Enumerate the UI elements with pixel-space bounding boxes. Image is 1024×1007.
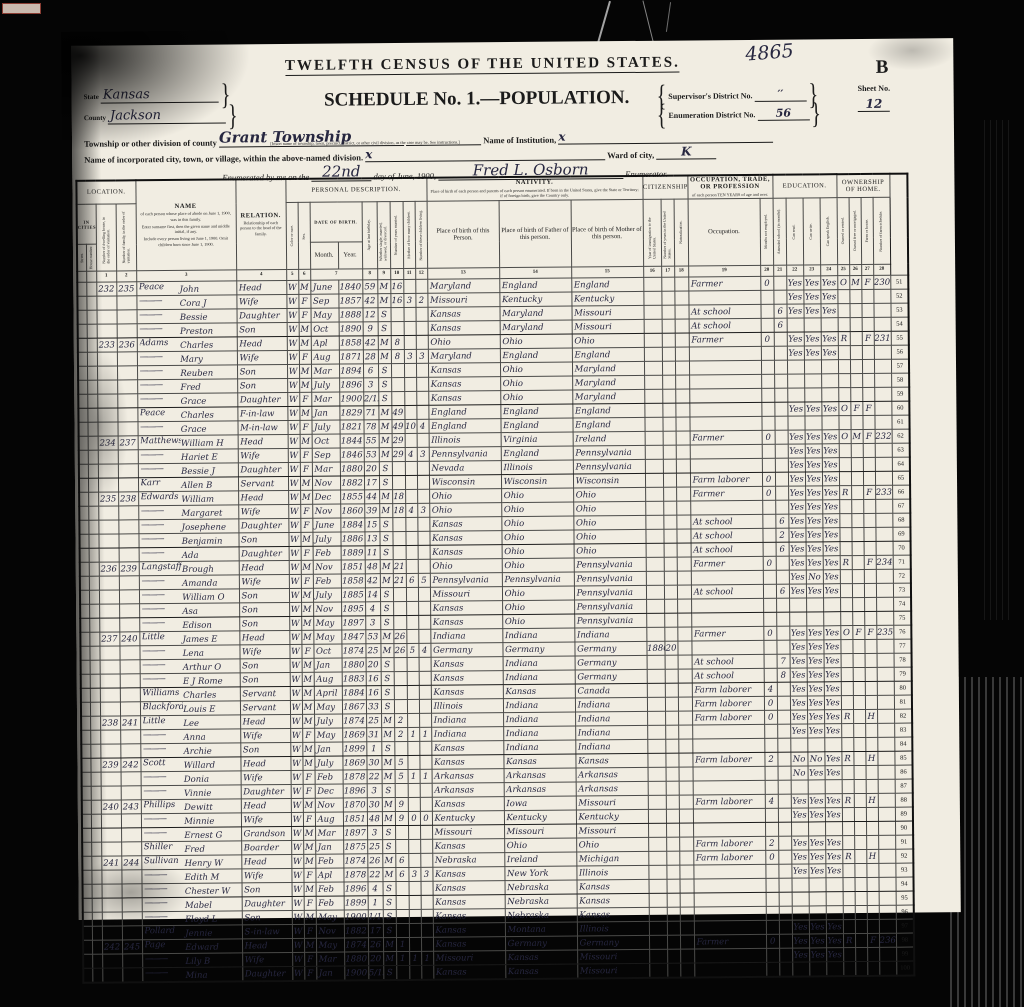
cell-mother-of-children: 4 bbox=[405, 503, 417, 517]
speak-english-header: Can speak English. bbox=[820, 198, 838, 265]
cell-relation: Wife bbox=[242, 952, 292, 966]
cell-years-married: 21 bbox=[393, 559, 406, 573]
cell-house-number bbox=[87, 380, 97, 394]
cell-speak-english: Yes bbox=[824, 653, 841, 667]
cell-birthplace-mother: Ohio bbox=[573, 515, 645, 530]
cell-farm-or-house: F bbox=[863, 429, 875, 443]
cell-birthplace-self: Maryland bbox=[427, 278, 499, 293]
cell-years-married bbox=[393, 615, 406, 629]
cell-children-living bbox=[421, 937, 433, 951]
cell-attended-school bbox=[777, 696, 790, 710]
cell-children-living: 3 bbox=[417, 447, 429, 461]
cell-farm-schedule bbox=[878, 821, 895, 835]
cell-age: 1 bbox=[368, 895, 383, 909]
column-number: 9 bbox=[377, 268, 390, 279]
cell-birthplace-mother: Maryland bbox=[572, 389, 644, 404]
cell-age: 78 bbox=[363, 419, 378, 433]
row-line-number: 53 bbox=[891, 303, 909, 317]
cell-marital-status: M bbox=[378, 349, 391, 363]
cell-years-married: 29 bbox=[392, 447, 405, 461]
cell-home-mortgaged bbox=[854, 779, 866, 793]
cell-occupation: Farmer bbox=[690, 430, 762, 445]
cell-dwelling-number bbox=[102, 954, 122, 968]
cell-birthplace-self: Kansas bbox=[431, 656, 503, 671]
cell-marital-status: S bbox=[382, 783, 395, 797]
cell-color: W bbox=[290, 700, 302, 714]
cell-birth-month: Mar bbox=[316, 952, 344, 966]
cell-marital-status: S bbox=[383, 909, 396, 923]
cell-relation: Son bbox=[240, 658, 290, 672]
cell-birthplace-self: Missouri bbox=[433, 950, 505, 965]
cell-farm-schedule bbox=[877, 723, 894, 737]
cell-birth-year: 1874 bbox=[344, 938, 368, 952]
cell-birthplace-father: Kentucky bbox=[504, 810, 576, 825]
cell-speak-english: Yes bbox=[823, 541, 840, 555]
cell-birth-year: 1840 bbox=[338, 280, 362, 294]
cell-years-in-us bbox=[665, 655, 678, 669]
cell-immigration-year bbox=[644, 361, 662, 375]
cell-family-number bbox=[120, 730, 140, 744]
cell-house-number bbox=[87, 324, 97, 338]
cell-occupation: Farm laborer bbox=[693, 836, 765, 851]
cell-farm-schedule bbox=[878, 793, 895, 807]
cell-marital-status: S bbox=[383, 965, 396, 980]
cell-birth-month: Dec bbox=[312, 490, 340, 504]
cell-can-read: Yes bbox=[787, 402, 804, 416]
cell-can-write: Yes bbox=[803, 276, 820, 290]
cell-months-unemployed bbox=[762, 458, 775, 472]
cell-relation: Head bbox=[239, 560, 289, 574]
cell-speak-english: Yes bbox=[823, 569, 840, 583]
cell-birthplace-father: England bbox=[499, 278, 571, 293]
cell-home-mortgaged bbox=[853, 751, 865, 765]
cell-years-married bbox=[394, 685, 407, 699]
cell-birthplace-mother: Missouri bbox=[576, 795, 648, 810]
cell-dwelling-number bbox=[100, 674, 120, 688]
cell-name: ———Floyd L bbox=[142, 911, 242, 926]
cell-birth-month: Apl bbox=[315, 868, 343, 882]
cell-family-number: 240 bbox=[119, 632, 139, 646]
cell-mother-of-children bbox=[407, 755, 419, 769]
cell-occupation bbox=[692, 738, 764, 753]
cell-farm-schedule bbox=[874, 317, 891, 331]
cell-sex: F bbox=[299, 392, 311, 406]
cell-years-married: 49 bbox=[391, 405, 404, 419]
cell-marital-status: M bbox=[380, 643, 393, 657]
cell-birthplace-mother: Kentucky bbox=[571, 291, 643, 306]
cell-months-unemployed: 2 bbox=[764, 752, 777, 766]
cell-occupation: Farmer bbox=[694, 934, 766, 949]
column-number: 13 bbox=[427, 267, 499, 279]
cell-birthplace-father: New York bbox=[504, 866, 576, 881]
cell-house-number bbox=[88, 450, 98, 464]
cell-farm-or-house bbox=[867, 905, 879, 919]
cell-relation: Boarder bbox=[241, 840, 291, 854]
cell-home-mortgaged bbox=[852, 569, 864, 583]
row-line-number: 51 bbox=[890, 275, 908, 289]
cell-birth-year: 1884 bbox=[340, 518, 364, 532]
cell-occupation bbox=[693, 864, 765, 879]
cell-home-mortgaged bbox=[852, 597, 864, 611]
cell-speak-english: Yes bbox=[823, 625, 840, 639]
cell-home-owned bbox=[842, 835, 854, 849]
cell-relation: Daughter bbox=[242, 966, 292, 981]
cell-marital-status: M bbox=[378, 405, 391, 419]
cell-naturalization bbox=[680, 921, 694, 935]
cell-speak-english: Yes bbox=[825, 863, 842, 877]
cell-occupation: Farm laborer bbox=[692, 696, 764, 711]
cell-color: W bbox=[288, 476, 300, 490]
cell-sex: M bbox=[304, 882, 316, 896]
cell-dwelling-number bbox=[97, 394, 117, 408]
column-number: 8 bbox=[362, 268, 377, 279]
cell-age: 42 bbox=[363, 335, 378, 349]
cell-relation: Head bbox=[239, 630, 289, 644]
cell-marital-status: S bbox=[381, 685, 394, 699]
cell-age: 11 bbox=[365, 545, 380, 559]
cell-years-in-us bbox=[667, 907, 680, 921]
cell-home-owned bbox=[841, 667, 853, 681]
cell-family-number bbox=[117, 310, 137, 324]
cell-attended-school bbox=[777, 640, 790, 654]
cell-dwelling-number bbox=[96, 296, 116, 310]
cell-house-number bbox=[90, 688, 100, 702]
cell-birthplace-mother: Arkansas bbox=[576, 767, 648, 782]
cell-attended-school bbox=[774, 346, 787, 360]
cell-age: 4 bbox=[368, 881, 383, 895]
cell-house-number bbox=[89, 576, 99, 590]
cell-color: W bbox=[287, 364, 299, 378]
cell-name: ———Chester W bbox=[142, 883, 242, 898]
cell-street bbox=[83, 968, 92, 983]
cell-age: 59 bbox=[362, 279, 377, 293]
cell-birthplace-mother: Kansas bbox=[577, 879, 649, 894]
cell-farm-schedule bbox=[874, 359, 891, 373]
cell-birthplace-mother: Ohio bbox=[574, 543, 646, 558]
cell-birthplace-self: Kansas bbox=[428, 306, 500, 321]
cell-house-number bbox=[90, 730, 100, 744]
cell-sex: M bbox=[298, 280, 310, 294]
cell-marital-status: S bbox=[381, 657, 394, 671]
dob-header: DATE OF BIRTH. bbox=[310, 202, 362, 242]
cell-farm-or-house bbox=[865, 667, 877, 681]
cell-attended-school bbox=[779, 920, 792, 934]
cell-birth-month: Feb bbox=[316, 896, 344, 910]
cell-home-owned bbox=[841, 695, 853, 709]
cell-color: W bbox=[288, 518, 300, 532]
cell-speak-english: Yes bbox=[823, 583, 840, 597]
cell-can-write: Yes bbox=[805, 486, 822, 500]
cell-home-owned: R bbox=[838, 331, 850, 345]
cell-attended-school bbox=[779, 878, 792, 892]
cell-children-living bbox=[417, 531, 429, 545]
cell-name: SullivanHenry W bbox=[141, 855, 241, 870]
cell-birthplace-mother: England bbox=[572, 403, 644, 418]
cell-street bbox=[78, 352, 87, 366]
cell-naturalization bbox=[679, 767, 693, 781]
cell-age: 30 bbox=[367, 797, 382, 811]
cell-farm-schedule: 230 bbox=[873, 275, 890, 289]
cell-attended-school bbox=[776, 556, 789, 570]
row-line-number: 83 bbox=[894, 723, 912, 737]
cell-occupation bbox=[694, 878, 766, 893]
cell-attended-school: 6 bbox=[774, 318, 787, 332]
cell-birthplace-self: Kansas bbox=[431, 670, 503, 685]
cell-name: ———Mina bbox=[142, 967, 242, 982]
cell-years-in-us bbox=[665, 683, 678, 697]
cell-home-mortgaged bbox=[853, 723, 865, 737]
cell-birth-month: July bbox=[311, 378, 339, 392]
cell-house-number bbox=[91, 870, 101, 884]
cell-dwelling-number bbox=[97, 310, 117, 324]
cell-home-owned: R bbox=[842, 849, 854, 863]
cell-age: 20 bbox=[366, 657, 381, 671]
cell-can-write bbox=[808, 822, 825, 836]
cell-birthplace-self: Indiana bbox=[431, 712, 503, 727]
cell-naturalization bbox=[676, 417, 690, 431]
cell-can-read: Yes bbox=[791, 794, 808, 808]
cell-name: ———Donia bbox=[141, 771, 241, 786]
cell-birthplace-self: Missouri bbox=[427, 292, 499, 307]
cell-birthplace-mother: England bbox=[572, 347, 644, 362]
cell-birthplace-mother: Germany bbox=[577, 935, 649, 950]
cell-sex: M bbox=[302, 686, 314, 700]
population-schedule-table: LOCATION. NAME of each person whose plac… bbox=[75, 173, 915, 984]
row-line-number: 69 bbox=[893, 527, 911, 541]
cell-attended-school bbox=[779, 892, 792, 906]
cell-name: ———Hariet E bbox=[138, 449, 238, 464]
sheet-number: Sheet No. 12 bbox=[858, 84, 891, 112]
cell-birthplace-father: Montana bbox=[505, 922, 577, 937]
cell-naturalization bbox=[679, 823, 693, 837]
row-line-number: 91 bbox=[895, 835, 913, 849]
cell-home-mortgaged bbox=[853, 653, 865, 667]
cell-months-unemployed: 0 bbox=[763, 556, 776, 570]
cell-children-living bbox=[419, 671, 431, 685]
cell-name: ———Minnie bbox=[141, 813, 241, 828]
cell-speak-english bbox=[824, 737, 841, 751]
cell-can-read: Yes bbox=[789, 626, 806, 640]
cell-birthplace-father: Kansas bbox=[503, 754, 575, 769]
cell-color: W bbox=[291, 854, 303, 868]
cell-immigration-year bbox=[647, 725, 665, 739]
cell-dwelling-number bbox=[98, 450, 118, 464]
cell-can-write: Yes bbox=[808, 766, 825, 780]
cell-sex: M bbox=[304, 910, 316, 924]
cell-home-owned bbox=[843, 947, 855, 961]
cell-mother-of-children bbox=[405, 461, 417, 475]
cell-naturalization bbox=[679, 809, 693, 823]
cell-dwelling-number: 235 bbox=[98, 492, 118, 506]
cell-name: PollardJennie bbox=[142, 925, 242, 940]
cell-age: 5/12 bbox=[368, 965, 383, 980]
cell-home-owned bbox=[837, 289, 849, 303]
cell-dwelling-number bbox=[102, 912, 122, 926]
cell-farm-schedule bbox=[875, 443, 892, 457]
row-line-number: 73 bbox=[893, 583, 911, 597]
cell-home-owned bbox=[839, 415, 851, 429]
cell-occupation: At school bbox=[690, 514, 762, 529]
cell-mother-of-children bbox=[408, 797, 420, 811]
cell-immigration-year bbox=[644, 403, 662, 417]
cell-sex: M bbox=[299, 336, 311, 350]
cell-color: W bbox=[287, 406, 299, 420]
cell-dwelling-number bbox=[97, 352, 117, 366]
location-group-header: LOCATION. bbox=[76, 180, 135, 204]
house-number-header: House number. bbox=[86, 244, 96, 271]
cell-sex: M bbox=[304, 938, 316, 952]
cell-dwelling-number bbox=[101, 814, 121, 828]
cell-immigration-year bbox=[646, 529, 664, 543]
cell-farm-or-house bbox=[863, 471, 875, 485]
cell-naturalization bbox=[674, 291, 688, 305]
cell-immigration-year: 1880 bbox=[646, 641, 664, 655]
cell-birth-year: 1875 bbox=[343, 840, 367, 854]
cell-birthplace-father: Kansas bbox=[503, 684, 575, 699]
cell-can-write: Yes bbox=[806, 528, 823, 542]
cell-attended-school bbox=[779, 906, 792, 920]
county-line: County Jackson } bbox=[84, 105, 238, 129]
cell-farm-schedule bbox=[876, 541, 893, 555]
cell-birthplace-father: Virginia bbox=[501, 432, 573, 447]
cell-street bbox=[79, 520, 88, 534]
cell-years-in-us: 20 bbox=[664, 641, 677, 655]
cell-dwelling-number bbox=[101, 870, 121, 884]
row-line-number: 89 bbox=[895, 807, 913, 821]
cell-years-married: 49 bbox=[391, 419, 404, 433]
cell-birthplace-father: Arkansas bbox=[504, 768, 576, 783]
cell-farm-schedule: 234 bbox=[876, 555, 893, 569]
cell-birthplace-mother: Ireland bbox=[573, 431, 645, 446]
column-number: 17 bbox=[661, 266, 674, 277]
cell-children-living bbox=[417, 461, 429, 475]
cell-age: 12 bbox=[362, 307, 377, 321]
cell-occupation bbox=[689, 346, 761, 361]
cell-dwelling-number bbox=[102, 968, 122, 983]
cell-can-write: Yes bbox=[804, 402, 821, 416]
cell-birth-year: 1870 bbox=[343, 798, 367, 812]
cell-mother-of-children bbox=[404, 391, 416, 405]
cell-years-in-us bbox=[666, 823, 679, 837]
cell-relation: M-in-law bbox=[237, 420, 287, 434]
cell-sex: F bbox=[301, 644, 313, 658]
cell-home-mortgaged bbox=[850, 303, 862, 317]
cell-occupation: Farmer bbox=[691, 556, 763, 571]
free-mortgaged-header: Owned free or mortgaged. bbox=[849, 198, 862, 265]
cell-naturalization bbox=[679, 851, 693, 865]
cell-farm-schedule bbox=[878, 835, 895, 849]
cell-birthplace-self: Wisconsin bbox=[429, 474, 501, 489]
cell-months-unemployed bbox=[763, 570, 776, 584]
cell-birth-month: July bbox=[311, 420, 339, 434]
cell-street bbox=[82, 814, 91, 828]
cell-years-in-us bbox=[662, 389, 675, 403]
cell-birthplace-father: Pennsylvania bbox=[502, 572, 574, 587]
cell-birthplace-self: Ohio bbox=[428, 334, 500, 349]
microfilm-background: 4865 B TWELFTH CENSUS OF THE UNITED STAT… bbox=[0, 0, 1024, 1007]
cell-home-mortgaged bbox=[851, 513, 863, 527]
cell-children-living bbox=[419, 741, 431, 755]
cell-marital-status: S bbox=[378, 363, 391, 377]
cell-years-married bbox=[396, 965, 409, 980]
cell-birth-year: 1878 bbox=[343, 770, 367, 784]
cell-home-mortgaged bbox=[851, 499, 863, 513]
cell-attended-school bbox=[777, 682, 790, 696]
cell-years-in-us bbox=[664, 543, 677, 557]
cell-mother-of-children: 3 bbox=[404, 349, 416, 363]
column-number: 3 bbox=[136, 270, 236, 282]
cell-occupation: Farm laborer bbox=[693, 794, 765, 809]
cell-mother-of-children bbox=[408, 825, 420, 839]
cell-naturalization bbox=[680, 893, 694, 907]
cell-age: 28 bbox=[363, 349, 378, 363]
cell-dwelling-number: 236 bbox=[99, 562, 119, 576]
cell-mother-of-children bbox=[407, 685, 419, 699]
cell-birthplace-mother: Kansas bbox=[577, 907, 649, 922]
cell-birthplace-father: Indiana bbox=[503, 656, 575, 671]
cell-birthplace-mother: Illinois bbox=[577, 921, 649, 936]
column-number: 2 bbox=[116, 271, 136, 282]
cell-house-number bbox=[89, 618, 99, 632]
cell-farm-or-house: F bbox=[862, 401, 874, 415]
cell-mother-of-children: 5 bbox=[406, 643, 418, 657]
cell-relation: Son bbox=[238, 532, 288, 546]
cell-occupation: Farm laborer bbox=[693, 850, 765, 865]
cell-immigration-year bbox=[649, 893, 667, 907]
cell-house-number bbox=[87, 310, 97, 324]
owned-rented-header: Owned or rented. bbox=[837, 198, 850, 265]
cell-years-in-us bbox=[662, 403, 675, 417]
cell-farm-schedule bbox=[877, 695, 894, 709]
table-header: LOCATION. NAME of each person whose plac… bbox=[76, 174, 908, 282]
row-line-number: 77 bbox=[894, 639, 912, 653]
cell-house-number bbox=[86, 296, 96, 310]
cell-occupation bbox=[689, 360, 761, 375]
cell-immigration-year bbox=[647, 683, 665, 697]
cell-birthplace-mother: Missouri bbox=[576, 823, 648, 838]
cell-color: W bbox=[291, 812, 303, 826]
cell-birthplace-mother: Kentucky bbox=[576, 809, 648, 824]
cell-can-read: Yes bbox=[786, 290, 803, 304]
cell-home-owned: O bbox=[840, 625, 852, 639]
cell-age: 25 bbox=[365, 643, 380, 657]
cell-birth-month: Nov bbox=[312, 476, 340, 490]
cell-years-married bbox=[391, 363, 404, 377]
row-line-number: 92 bbox=[895, 849, 913, 863]
cell-family-number: 244 bbox=[121, 856, 141, 870]
cell-speak-english: Yes bbox=[822, 443, 839, 457]
cell-birthplace-father: Indiana bbox=[503, 698, 575, 713]
cell-attended-school bbox=[774, 360, 787, 374]
cell-birthplace-self: Kansas bbox=[433, 894, 505, 909]
cell-relation: Daughter bbox=[237, 308, 287, 322]
cell-birthplace-self: Kansas bbox=[433, 964, 505, 979]
cell-dwelling-number bbox=[99, 618, 119, 632]
cell-birthplace-father: Ohio bbox=[502, 614, 574, 629]
cell-birth-year: 1874 bbox=[342, 714, 366, 728]
cell-family-number bbox=[122, 968, 142, 983]
cell-birthplace-father: Indiana bbox=[503, 712, 575, 727]
cell-marital-status: M bbox=[380, 573, 393, 587]
cell-marital-status: S bbox=[379, 531, 392, 545]
cell-dwelling-number bbox=[102, 884, 122, 898]
cell-birthplace-father: Nebraska bbox=[505, 880, 577, 895]
cell-farm-schedule bbox=[879, 905, 896, 919]
cell-birthplace-father: Ohio bbox=[501, 502, 573, 517]
cell-occupation bbox=[691, 570, 763, 585]
cell-dwelling-number bbox=[99, 590, 119, 604]
cell-speak-english: Yes bbox=[825, 835, 842, 849]
